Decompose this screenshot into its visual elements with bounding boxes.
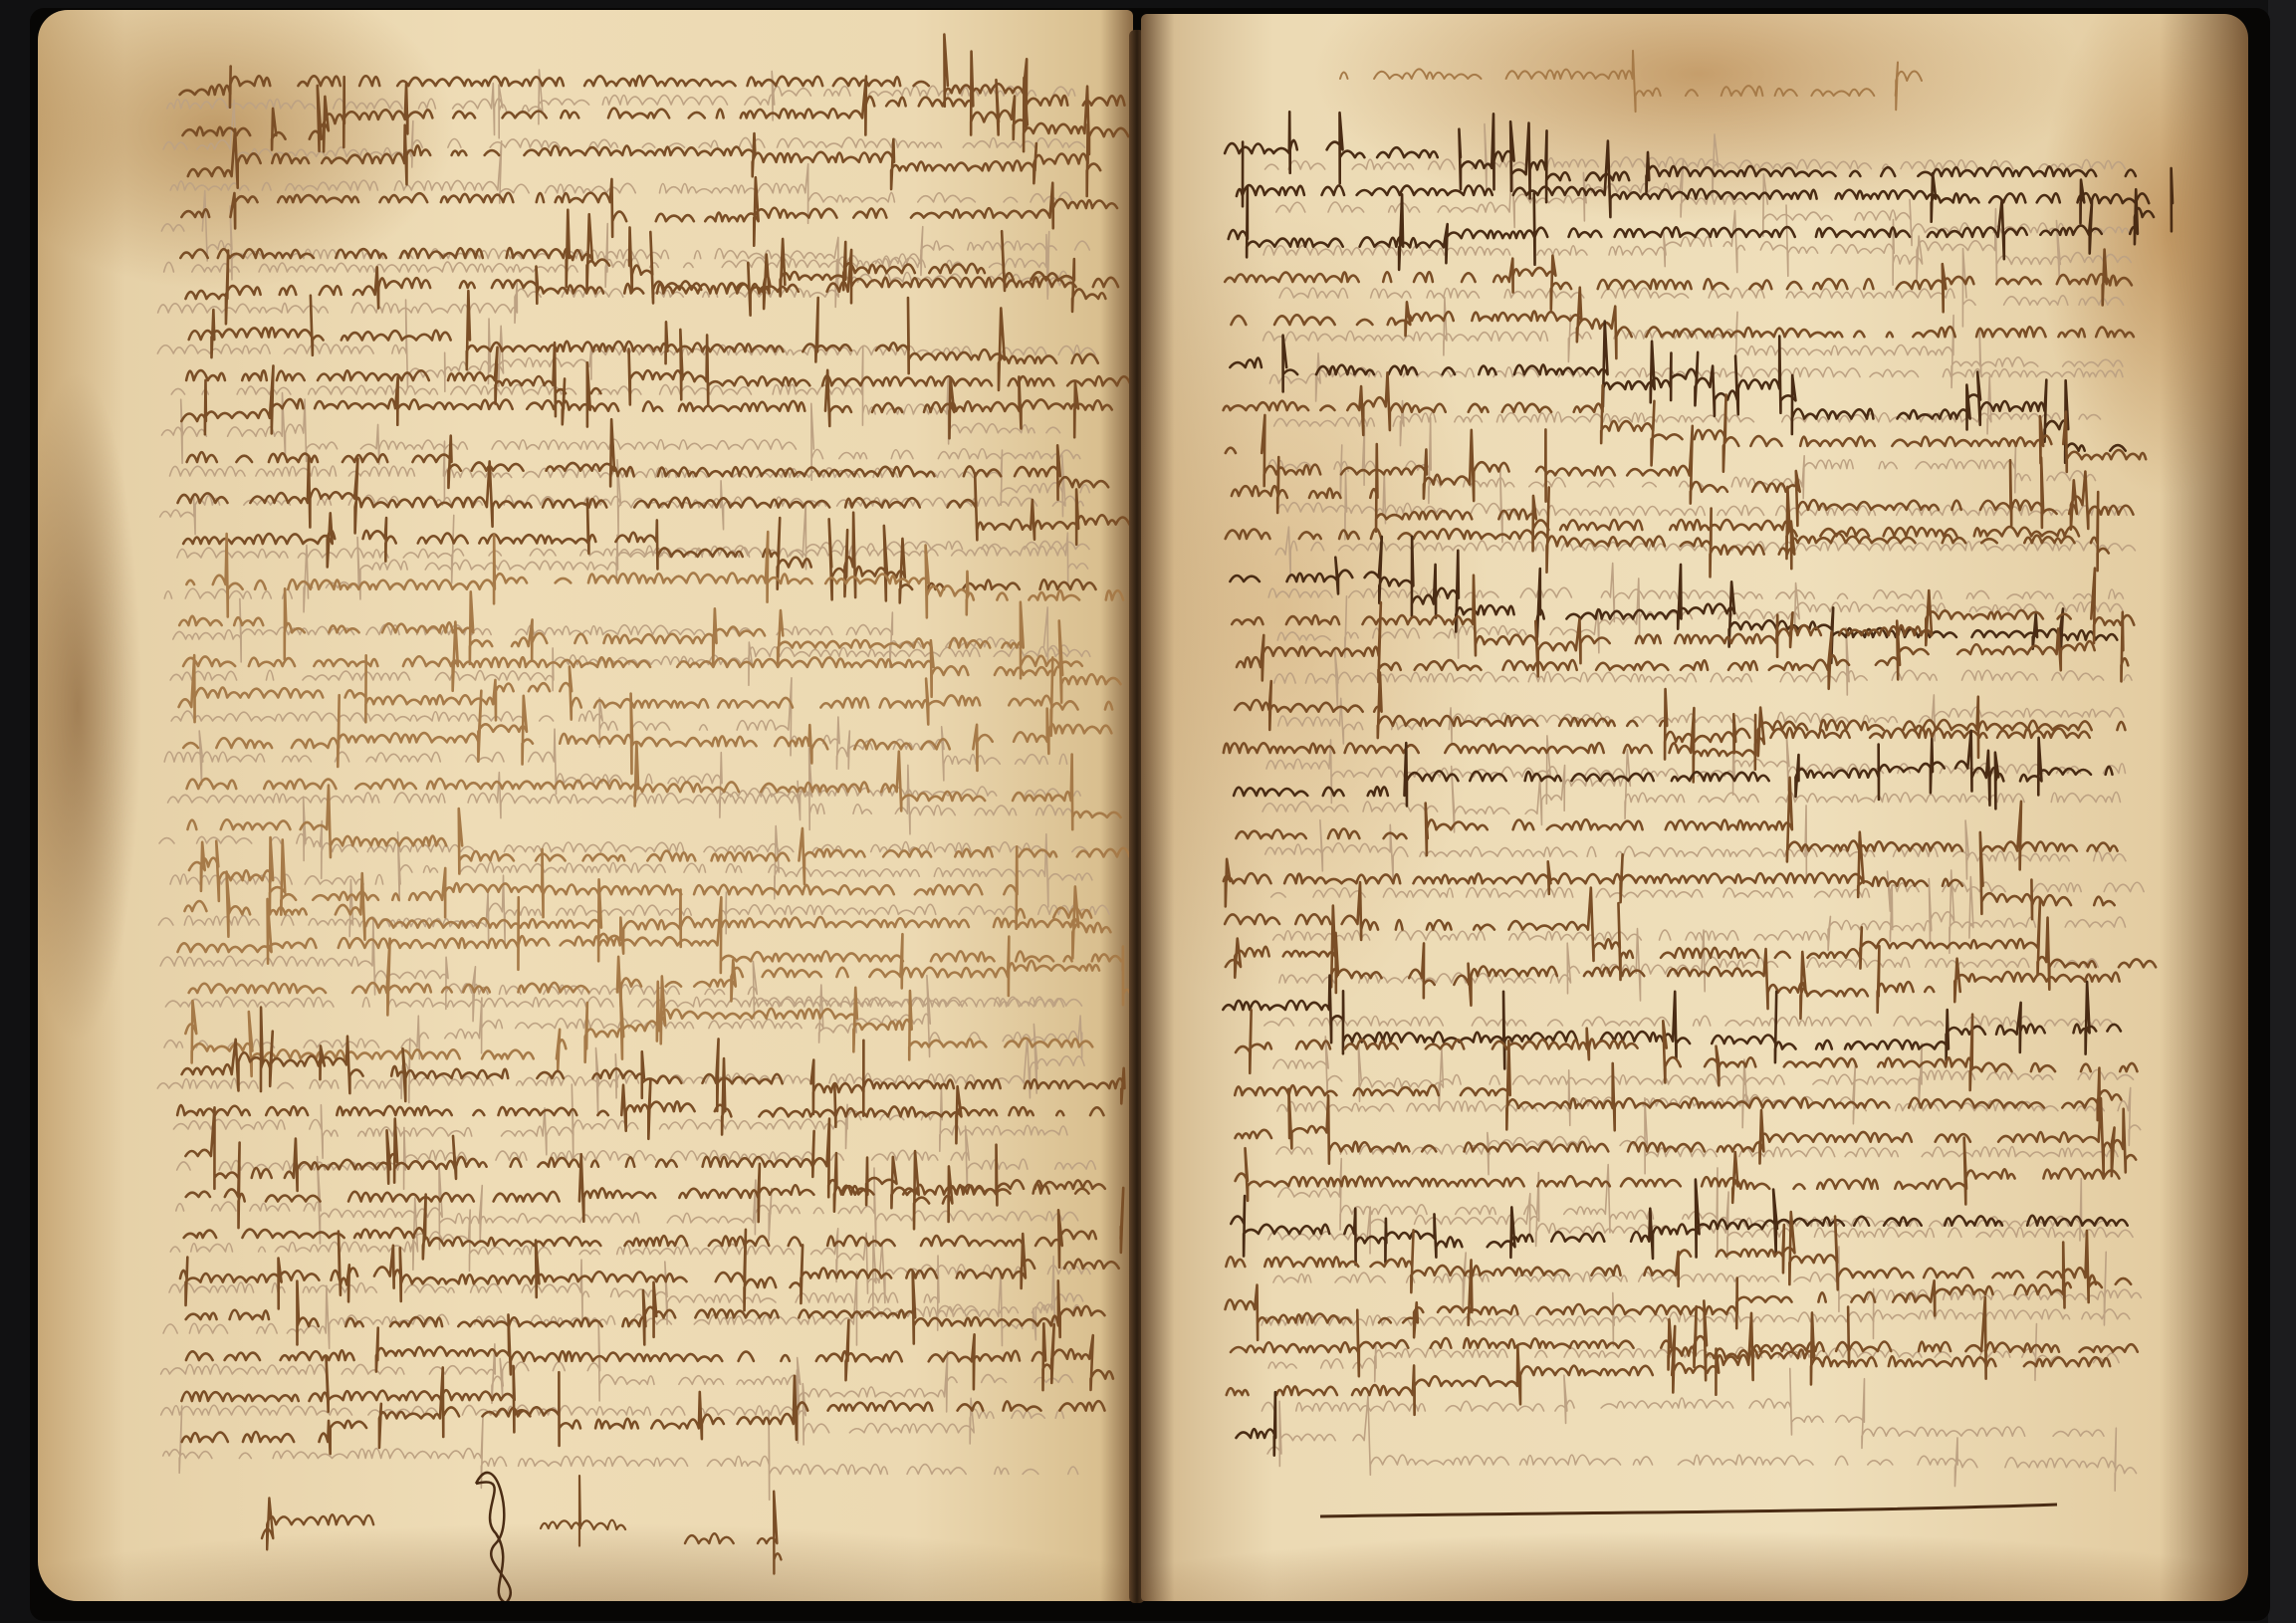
left-page-handwriting	[38, 10, 1133, 1601]
right-manuscript-page	[1141, 14, 2248, 1601]
right-page-handwriting	[1141, 14, 2248, 1601]
left-manuscript-page	[38, 10, 1133, 1601]
background-strip	[2268, 0, 2296, 1623]
